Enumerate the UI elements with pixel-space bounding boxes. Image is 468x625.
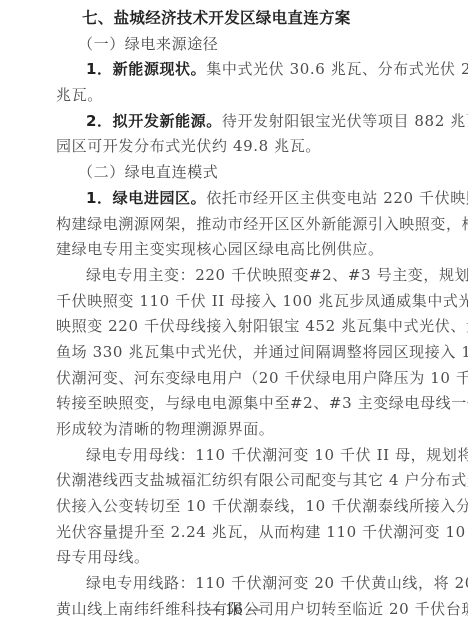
paragraph-main-transformer-line-6: 转接至映照变，与绿电电源集中至#2、#3 主变绿电母线一侧， [56,391,436,417]
paragraph-line-route-line-1: 绿电专用线路：110 千伏潮河变 20 千伏黄山线，将 20 千伏 [56,571,436,597]
item-number: 2． [86,112,113,130]
paragraph-main-transformer-line-4: 鱼场 330 兆瓦集中式光伏，并通过间隔调整将园区现接入 110 千 [56,340,436,366]
mode-item-1-line-3: 建绿电专用主变实现核心园区绿电高比例供应。 [56,237,436,263]
item-2-line-2: 园区可开发分布式光伏约 49.8 兆瓦。 [56,134,436,160]
paragraph-busbar-line-4: 光伏容量提升至 2.24 兆瓦，从而构建 110 千伏潮河变 10 千伏 II [56,520,436,546]
item-number: 1． [86,60,113,78]
page-number: — 16 — [0,602,468,618]
item-number: 1． [86,189,113,207]
document-page: 七、盐城经济技术开发区绿电直连方案 （一）绿电来源途径 1．新能源现状。集中式光… [56,6,436,623]
item-1-line-1: 1．新能源现状。集中式光伏 30.6 兆瓦、分布式光伏 22.7 [56,57,436,83]
item-text: 依托市经开区主供变电站 220 千伏映照变 [206,189,468,207]
subsection-heading-1: （一）绿电来源途径 [56,32,436,58]
paragraph-main-transformer-line-3: 映照变 220 千伏母线接入射阳银宝 452 兆瓦集中式光伏、大丰苇 [56,314,436,340]
item-2-line-1: 2．拟开发新能源。待开发射阳银宝光伏等项目 882 兆瓦； [56,109,436,135]
item-lead: 新能源现状。 [113,60,207,78]
mode-item-1-line-2: 构建绿电溯源网架，推动市经开区区外新能源引入映照变，构 [56,212,436,238]
paragraph-busbar-line-2: 伏潮港线西支盐城福汇纺织有限公司配变与其它 4 户分布式光 [56,468,436,494]
item-text: 集中式光伏 30.6 兆瓦、分布式光伏 22.7 [206,60,468,78]
mode-item-1-line-1: 1．绿电进园区。依托市经开区主供变电站 220 千伏映照变 [56,186,436,212]
section-title: 七、盐城经济技术开发区绿电直连方案 [56,6,436,32]
subsection-heading-2: （二）绿电直连模式 [56,160,436,186]
paragraph-main-transformer-line-2: 千伏映照变 110 千伏 II 母接入 100 兆瓦步凤通威集中式光伏，在 [56,289,436,315]
item-lead: 拟开发新能源。 [113,112,222,130]
item-text: 待开发射阳银宝光伏等项目 882 兆瓦； [222,112,468,130]
item-1-line-2: 兆瓦。 [56,83,436,109]
paragraph-main-transformer-line-1: 绿电专用主变：220 千伏映照变#2、#3 号主变，规划在 220 [56,263,436,289]
paragraph-busbar-line-5: 母专用母线。 [56,545,436,571]
paragraph-busbar-line-3: 伏接入公变转切至 10 千伏潮泰线，10 千伏潮泰线所接入分布式 [56,494,436,520]
paragraph-busbar-line-1: 绿电专用母线：110 千伏潮河变 10 千伏 II 母，规划将 10 千 [56,443,436,469]
paragraph-main-transformer-line-7: 形成较为清晰的物理溯源界面。 [56,417,436,443]
paragraph-main-transformer-line-5: 伏潮河变、河东变绿电用户（20 千伏绿电用户降压为 10 千伏） [56,366,436,392]
item-lead: 绿电进园区。 [113,189,207,207]
